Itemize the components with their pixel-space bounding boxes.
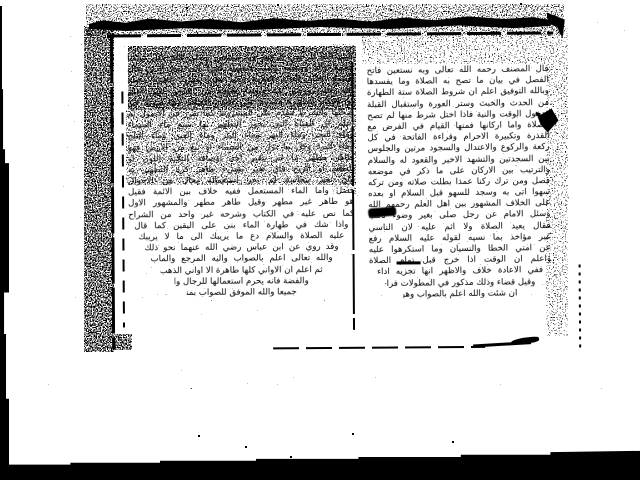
dust-band xyxy=(36,368,640,394)
dust-speck xyxy=(186,7,188,9)
book-top-edge-line xyxy=(107,31,553,37)
dust-speck xyxy=(390,9,392,11)
manuscript-page-left: بسم الله الرحمن الرحيم وبه نستعين وصلى ا… xyxy=(127,52,355,300)
manuscript-page-right: قال المصنف رحمه الله تعالى وبه نستعين فا… xyxy=(367,64,552,301)
dust-speck xyxy=(520,3,522,5)
manuscript-line: جميعا والله الموفق للصواب بمنه وكرمه xyxy=(187,287,297,299)
book-top-edge-band xyxy=(89,14,551,31)
dust-speck xyxy=(277,4,279,6)
dust-band-cluster xyxy=(240,374,320,394)
manuscript-line: وماء البحر وماء النهر وماء البئر وماء ال… xyxy=(128,130,354,143)
scanned-manuscript-photo: بسم الله الرحمن الرحيم وبه نستعين وصلى ا… xyxy=(0,0,640,480)
dust-speck xyxy=(290,456,292,458)
dust-speck xyxy=(352,433,354,435)
manuscript-line: ان شئت والله اعلم بالصواب وهو الموفق xyxy=(403,288,517,301)
right-page-edge-dotted-line xyxy=(579,264,582,348)
dust-speck xyxy=(198,435,200,437)
open-book: بسم الله الرحمن الرحيم وبه نستعين وصلى ا… xyxy=(79,2,581,361)
dust-speck xyxy=(452,441,454,443)
manuscript-line: ثم اعلم ان الاواني كلها طاهرة الا اواني … xyxy=(161,265,323,277)
manuscript-line: والله تعالى اعلم بالصواب واليه المرجع وا… xyxy=(151,253,333,265)
left-page-inner-edge-line xyxy=(121,91,125,327)
ink-blot-arrow-icon xyxy=(535,108,559,134)
manuscript-line: والفضة فانه يحرم استعمالها للرجال والنسا… xyxy=(175,276,309,288)
scan-artifact-bottom-bar xyxy=(0,448,640,480)
book-bottom-edge-line xyxy=(273,346,485,349)
manuscript-line: الشيخ الامام العالم العلامة وحيد دهره وف… xyxy=(127,74,353,87)
left-page-edge-line xyxy=(110,38,115,350)
scan-artifact-left-strip xyxy=(0,6,9,468)
dust-speck xyxy=(245,446,247,448)
